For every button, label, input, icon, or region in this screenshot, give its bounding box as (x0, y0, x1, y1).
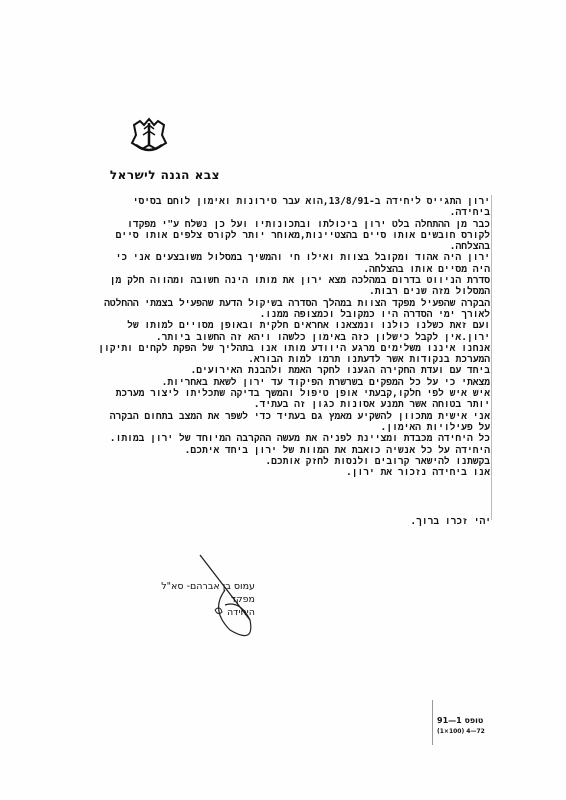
paragraph: ירון היה אהוד ומקובל בצוות ואילו חי והמש… (95, 252, 490, 275)
paragraph: ביחד עם ועדת החקירה הגענו לחקר האמת ולהב… (95, 365, 490, 376)
footer-margin-line (432, 700, 433, 745)
paragraph: ועם זאת כשלנו כולנו ונמצאנו אחראים חלקית… (95, 320, 490, 343)
paragraph: הבקרה שהפעיל מפקד הצוות במהלך הסדרה בשיק… (95, 298, 490, 321)
paragraph: אנו ביחידה נזכור את ירון. (95, 467, 490, 478)
form-print-info: (1×100) 4—72 (437, 728, 485, 735)
form-number: 91—1 טופס (437, 716, 483, 725)
signature-block: עמוס בן אברהם- סא"ל מפקד היחידה (130, 580, 255, 619)
paragraph: כבר מן ההתחלה בלט ירון ביכולתו ובתכונותי… (95, 219, 490, 253)
paragraph: מצאתי כי על כל המפקים בשרשרת הפיקוד עד י… (95, 377, 490, 388)
closing-blessing: יהי זכרו ברוך. (250, 516, 491, 527)
paragraph: ירון התגייס ליחידה ב-13/8/91,הוא עבר טיר… (95, 196, 490, 219)
paragraph: כל היחידה מכבדת ומציינת לפניה את מעשה הה… (95, 433, 490, 444)
paragraph: אנחנו איננו משלימים מרגע היוודע מותו אנו… (95, 343, 490, 366)
organization-name: צבא הגנה לישראל (70, 168, 220, 182)
paragraph: אני אישית מתכוון להשקיע מאמץ גם בעתיד כד… (95, 411, 490, 434)
signatory-title: מפקד (130, 593, 255, 606)
idf-emblem-icon (126, 115, 172, 157)
signatory-unit: היחידה (130, 606, 255, 619)
paragraph: סדרת הניווט בדרום במהלכה מצא ירון את מות… (95, 275, 490, 298)
letter-page: צבא הגנה לישראל ירון התגייס ליחידה ב-13/… (0, 0, 566, 800)
margin-line (491, 195, 492, 520)
paragraph: בקשתנו להישאר קרובים ולנסות לחזק אותכם. (95, 456, 490, 467)
paragraph: איש איש לפי חלקו,קבעתי אופן טיפול והמשך … (95, 388, 490, 411)
paragraph: היחידה על כל אנשיה כואבת את המוות של ירו… (95, 445, 490, 456)
letter-body: ירון התגייס ליחידה ב-13/8/91,הוא עבר טיר… (95, 196, 490, 478)
signatory-name: עמוס בן אברהם- סא"ל (130, 580, 255, 593)
